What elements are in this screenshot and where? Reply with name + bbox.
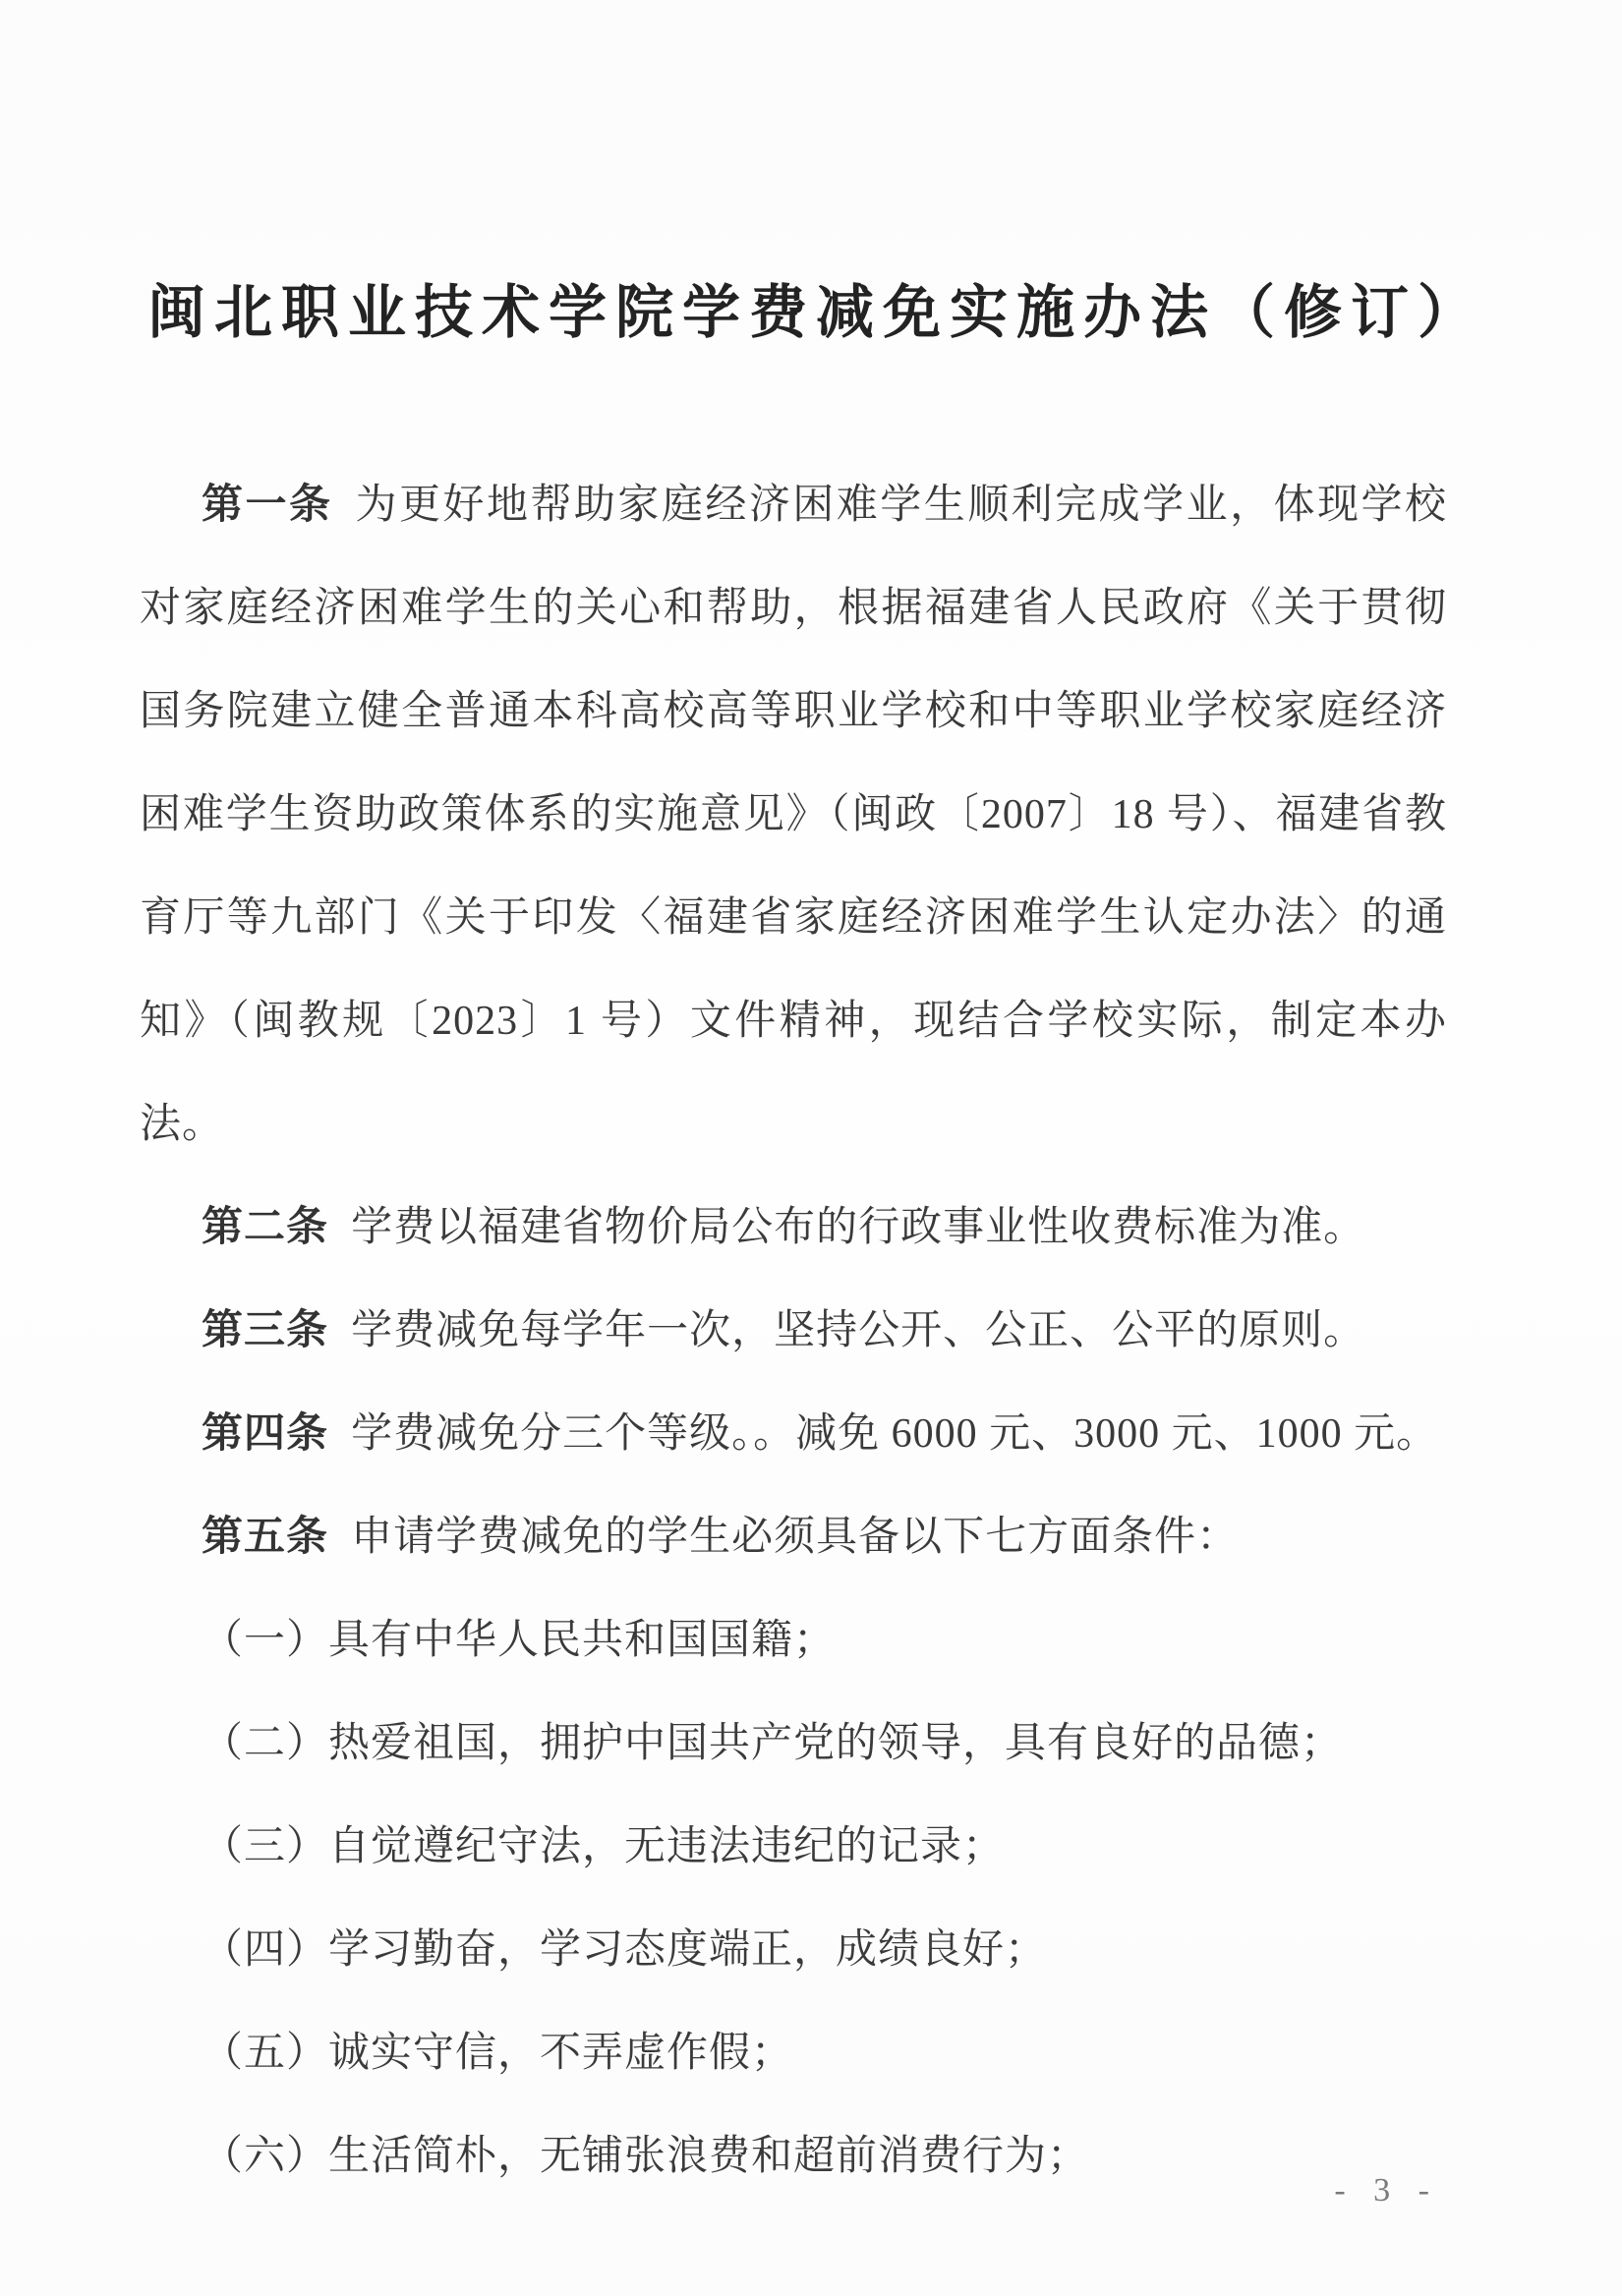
condition-item-1: （一）具有中华人民共和国国籍；	[140, 1589, 1447, 1693]
condition-item-5: （五）诚实守信，不弄虚作假；	[140, 2002, 1447, 2105]
article-4-text: 学费减免分三个等级。。减免 6000 元、3000 元、1000 元。	[351, 1411, 1438, 1457]
article-1-number: 第一条	[202, 483, 332, 528]
condition-item-3: （三）自觉遵纪守法，无违法违纪的记录；	[140, 1796, 1447, 1899]
article-2-text: 学费以福建省物价局公布的行政事业性收费标准为准。	[351, 1205, 1365, 1250]
condition-item-2: （二）热爱祖国，拥护中国共产党的领导，具有良好的品德；	[140, 1693, 1447, 1796]
article-paragraph-1: 第一条为更好地帮助家庭经济困难学生顺利完成学业，体现学校对家庭经济困难学生的关心…	[140, 454, 1447, 1177]
article-paragraph-2: 第二条学费以福建省物价局公布的行政事业性收费标准为准。	[140, 1177, 1447, 1280]
article-3-text: 学费减免每学年一次，坚持公开、公正、公平的原则。	[351, 1308, 1365, 1353]
article-4-number: 第四条	[202, 1411, 328, 1457]
document-title: 闽北职业技术学院学费减免实施办法（修订）	[147, 263, 1475, 362]
condition-item-6: （六）生活简朴，无铺张浪费和超前消费行为；	[140, 2105, 1447, 2209]
scanned-document-page: 闽北职业技术学院学费减免实施办法（修订） 第一条为更好地帮助家庭经济困难学生顺利…	[0, 0, 1622, 2296]
document-body: 第一条为更好地帮助家庭经济困难学生顺利完成学业，体现学校对家庭经济困难学生的关心…	[140, 454, 1447, 2209]
page-number: - 3 -	[1334, 2172, 1439, 2210]
article-1-text: 为更好地帮助家庭经济困难学生顺利完成学业，体现学校对家庭经济困难学生的关心和帮助…	[140, 483, 1447, 1147]
article-paragraph-5: 第五条申请学费减免的学生必须具备以下七方面条件：	[140, 1486, 1447, 1589]
condition-item-4: （四）学习勤奋，学习态度端正，成绩良好；	[140, 1899, 1447, 2002]
article-paragraph-3: 第三条学费减免每学年一次，坚持公开、公正、公平的原则。	[140, 1280, 1447, 1383]
article-2-number: 第二条	[202, 1205, 328, 1250]
article-paragraph-4: 第四条学费减免分三个等级。。减免 6000 元、3000 元、1000 元。	[140, 1383, 1447, 1486]
article-5-text: 申请学费减免的学生必须具备以下七方面条件：	[351, 1515, 1239, 1560]
article-3-number: 第三条	[202, 1308, 328, 1353]
article-5-number: 第五条	[202, 1515, 328, 1560]
